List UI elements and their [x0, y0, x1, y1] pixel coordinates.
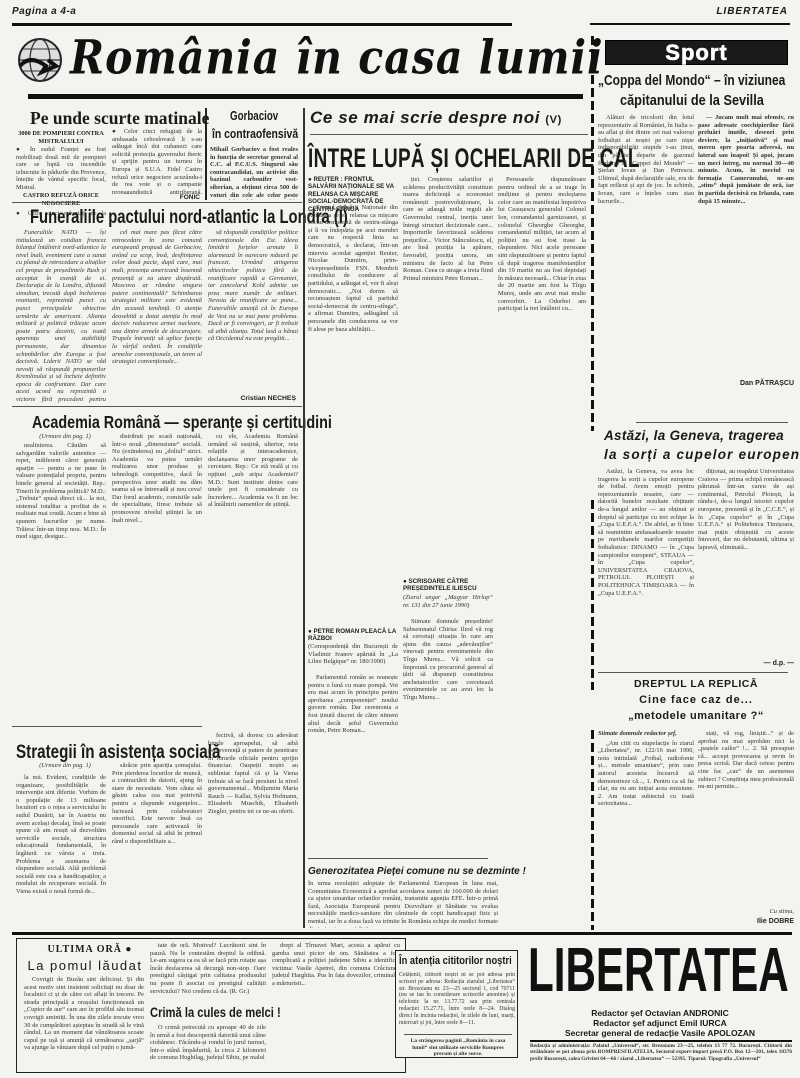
replica-col1-text: „Am citit cu stupefacție în ziarul „Libe…	[598, 740, 694, 808]
shortwave-headline: Pe unde scurte matinale	[30, 108, 209, 129]
geneva-col1-text: Astăzi, la Geneva, va avea loc tragerea …	[598, 468, 694, 597]
ce-se-scrie-part: (V)	[545, 114, 561, 126]
sport-col2-text: — Jucam mult mai ofensiv, cu pase adresa…	[698, 114, 794, 205]
academia-col2: distribuit pe scară națională, într-o no…	[112, 433, 202, 703]
ce-se-scrie-col3-text: Persoanele răspunzătoare pentru ordinul …	[498, 176, 586, 313]
strategii-col1-text: la noi. Evident, condițiile de organizar…	[16, 774, 106, 896]
strategii-headline: Strategii în asistența socială	[16, 742, 220, 764]
masthead-editor-2: Redactor șef adjunct Emil IURCA	[528, 1018, 792, 1028]
strategii-col3-text: fectivă, să doresc cu adevărat binele ap…	[208, 732, 298, 816]
masthead-name: LIBERTATEA	[528, 940, 789, 1002]
masthead-editor-3: Secretar general de redacție Vasile APOL…	[528, 1028, 792, 1038]
sport-label: Sport	[665, 40, 727, 66]
sport-column-divider-3	[591, 730, 594, 930]
replica-col2: stați, vă rog, liniștit...“ și de aproba…	[698, 730, 794, 905]
ce-se-scrie-item2-title: ● PETRE ROMAN PLEACĂ LA RĂZBOI	[308, 628, 398, 643]
header-rule-right	[590, 23, 790, 25]
gorbaciov-text: Mihail Gorbaciov a fost reales în funcți…	[210, 146, 298, 200]
ce-se-scrie-kicker-rule	[310, 134, 588, 135]
strategii-col2-text: sărăcie prin apariția șomajului. Prin pi…	[112, 762, 202, 846]
banner-rule	[28, 94, 583, 99]
shortwave-divider	[205, 108, 207, 200]
funeralii-col1: Funeraliile NATO — își intitulează un co…	[16, 229, 106, 404]
replica-kicker-text: DREPTUL LA REPLICĂ	[598, 678, 794, 690]
ultima-ora-kicker: ULTIMA ORĂ ●	[40, 944, 140, 955]
atentia-headline: În atenția cititorilor noștri	[399, 955, 512, 967]
shortwave-item1-title: 3000 DE POMPIERI CONTRA MISTRALULUI	[16, 130, 106, 145]
geneva-headline-line2: la sorți a cupelor europene	[604, 447, 800, 462]
strategii-continuation: (Urmare din pag. 1)	[30, 762, 100, 770]
replica-col2-text: stați, vă rog, liniștit...“ și de aproba…	[698, 730, 794, 791]
academia-bottom-rule	[12, 726, 202, 727]
replica-salutation: Stimate domnule redactor șef,	[598, 730, 694, 738]
funeralii-col1-text: Funeraliile NATO — își intitulează un co…	[16, 229, 106, 404]
academia-col3: cu ele, Academia Română urmând să susțin…	[208, 433, 298, 703]
sport-headline-line1: „Coppa del Mondo“ – în viziunea	[598, 72, 785, 89]
atentia-note: La strângerea paginii „România în casa l…	[404, 1038, 512, 1058]
ce-se-scrie-col1: Frontul Salvării Naționale din România s…	[308, 204, 398, 559]
funeralii-col3: să răspundă condițiilor politice convenț…	[208, 229, 298, 391]
ce-se-scrie-col3: Persoanele răspunzătoare pentru ordinul …	[498, 176, 586, 854]
ultima-ora-col1: Covrigii de Buzău sint delicioși. Și din…	[24, 976, 144, 1070]
gorbaciov-headline-line1: Gorbaciov	[230, 108, 278, 123]
shortwave-byline: FONIC	[112, 194, 200, 201]
ce-se-scrie-col2b: Stimate domnule președinte! Subsemnatul …	[403, 618, 493, 854]
ce-se-scrie-bottom-rule	[308, 858, 488, 859]
ultima-ora-col2: tate de oră. Motivul? Lucrătorii sint în…	[150, 942, 266, 998]
crima-headline: Crimă la cules de melci !	[150, 1004, 281, 1020]
replica-headline-line1: Cine face caz de...	[598, 694, 794, 706]
banner: România în casa lumii	[14, 30, 584, 88]
sport-rule	[636, 422, 788, 423]
masthead-rule	[530, 1040, 792, 1042]
masthead-editor-1: Redactor șef Octavian ANDRONIC	[528, 1008, 792, 1018]
ce-se-scrie-item3-source: (Ziarul ungar „Magyar Hirlap“ nr. 131 di…	[403, 594, 493, 616]
geneva-col2-text: diționat, au reapărut Universitatea Crai…	[698, 468, 794, 552]
ultima-ora-col1-text: Covrigii de Buzău sint delicioși. Și din…	[24, 976, 144, 1052]
atentia-text: Cetățenii, cititorii noștri ni se pot ad…	[399, 972, 515, 1032]
replica-headline-line2: „metodele umanitare ?“	[598, 710, 794, 722]
academia-headline: Academia Română — speranțe și certitudin…	[32, 412, 332, 433]
crima-col2: drept al Tîrnavei Mari, acesta a apărut …	[272, 942, 400, 1070]
shortwave-item1-text: ● În sudul Franței au fost mobilizați do…	[16, 146, 106, 192]
replica-byline: Ilie DOBRE	[698, 918, 794, 925]
sport-column-divider-2	[591, 500, 594, 690]
sport-section-banner: Sport	[605, 40, 788, 65]
academia-col2-text: distribuit pe scară națională, într-o no…	[112, 433, 202, 524]
generozitate-headline: Generozitatea Pieței comune nu se dezmin…	[308, 866, 526, 877]
funeralii-byline: Cristian NECHEȘ	[208, 395, 296, 402]
globe-icon	[16, 36, 64, 84]
ce-se-scrie-item2-source: (Corespondență din București de Vladimir…	[308, 643, 398, 673]
strategii-col2: sărăcie prin apariția șomajului. Prin pi…	[112, 762, 202, 932]
ce-se-scrie-kicker-text: Ce se mai scrie despre noi	[310, 108, 540, 127]
academia-col1: nealinierea. Căutăm să salvgardăm valori…	[16, 442, 106, 702]
ce-se-scrie-item3-title: ● SCRISOARE CĂTRE PREȘEDINTELE ILIESCU	[403, 578, 493, 593]
shortwave-item2-title: CASTRO REFUZĂ ORICE NEGOCIERE	[16, 192, 106, 207]
funeralii-bottom-rule	[12, 406, 302, 407]
funeralii-col2: cel mai mare pas făcut către retrocedare…	[112, 229, 202, 404]
ce-se-scrie-headline: ÎNTRE LUPĂ ȘI OCHELARII DE CAL	[308, 143, 640, 174]
masthead-imprint: Redacția și administrația: Palatul „Univ…	[530, 1043, 792, 1075]
ultima-ora-col2-text: tate de oră. Motivul? Lucrătorii sint în…	[150, 942, 266, 995]
funeralii-col2-text: cel mai mare pas făcut către retrocedare…	[112, 229, 202, 366]
ce-se-scrie-col1b-text: Parlamentul român se reunește pentru o l…	[308, 674, 398, 735]
ce-se-scrie-col2: ției. Creșterea salariilor și scăderea p…	[403, 176, 493, 556]
gorbaciov-headline-line2: în contraofensivă	[212, 126, 298, 141]
geneva-headline-line1: Astăzi, la Geneva, tragerea	[604, 428, 784, 443]
page-number: Pagina a 4-a	[12, 6, 76, 17]
ce-se-scrie-col2b-text: Stimate domnule președinte! Subsemnatul …	[403, 618, 493, 702]
ce-se-scrie-col1-text: Frontul Salvării Naționale din România s…	[308, 204, 398, 333]
shortwave-item2-text-cont: ● Celor cinci refugiați de la ambasada c…	[112, 128, 202, 194]
generozitate-text: În urma rezoluției adoptate de Parlament…	[308, 880, 498, 928]
header-rule	[12, 23, 512, 26]
geneva-col2: diționat, au reapărut Universitatea Crai…	[698, 468, 794, 658]
academia-continuation: (Urmare din pag. 1)	[30, 433, 100, 441]
geneva-byline: — d.p. —	[698, 660, 794, 667]
paper-name-small: LIBERTATEA	[716, 6, 788, 17]
ultima-ora-headline: La pomul lăudat	[20, 958, 150, 973]
shortwave-bottom-rule	[12, 202, 302, 203]
ce-se-scrie-col2-text: ției. Creșterea salariilor și scăderea p…	[403, 176, 493, 282]
strategii-col1: la noi. Evident, condițiile de organizar…	[16, 774, 106, 932]
sport-byline: Dan PĂTRAȘCU	[698, 380, 794, 387]
sport-headline-line2: căpitanului de la Sevilla	[620, 92, 764, 109]
geneva-col1: Astăzi, la Geneva, va avea loc tragerea …	[598, 468, 694, 668]
crima-col1: O crimă petrecută cu aproape 40 de zile …	[150, 1024, 266, 1070]
replica-closing: Cu stima,	[698, 908, 794, 916]
atentia-rule	[404, 1034, 512, 1035]
geneva-rule	[598, 672, 788, 673]
banner-title: România în casa lumii	[70, 30, 604, 85]
funeralii-headline: Funeraliile pactului nord-atlantic la Lo…	[30, 207, 348, 229]
sport-article-col2: — Jucam mult mai ofensiv, cu pase adresa…	[698, 114, 794, 366]
replica-col1: Stimate domnule redactor șef, „Am citit …	[598, 730, 694, 920]
ce-se-scrie-col1b: Parlamentul român se reunește pentru o l…	[308, 674, 398, 854]
bottom-section-rule	[12, 932, 792, 935]
sport-column-divider	[591, 36, 594, 431]
crima-col2-text: drept al Tîrnavei Mari, acesta a apărut …	[272, 942, 400, 988]
academia-col1-text: nealinierea. Căutăm să salvgardăm valori…	[16, 442, 106, 541]
strategii-col3: fectivă, să doresc cu adevărat binele ap…	[208, 732, 298, 932]
academia-col3-text: cu ele, Academia Română urmând să susțin…	[208, 433, 298, 509]
crima-col1-text: O crimă petrecută cu aproape 40 de zile …	[150, 1024, 266, 1062]
ce-se-scrie-left-border	[303, 108, 305, 928]
ce-se-scrie-kicker: Ce se mai scrie despre noi (V)	[310, 108, 562, 128]
funeralii-col3-text: să răspundă condițiilor politice convenț…	[208, 229, 298, 343]
